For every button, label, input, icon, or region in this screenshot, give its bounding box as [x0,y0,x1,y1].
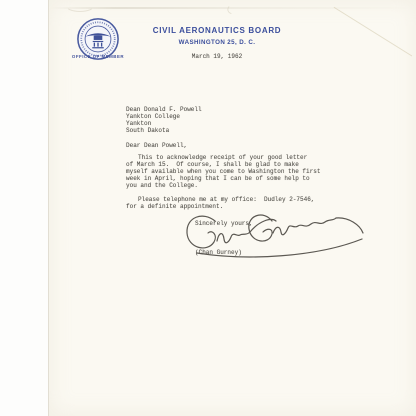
letter-date: March 19, 1962 [147,53,287,60]
body-line: week in April, hoping that I can be of s… [126,175,320,182]
recipient-line: Yankton [126,120,202,127]
letterhead-location: WASHINGTON 25, D. C. [147,39,287,46]
paper-crease [65,0,95,12]
body-line: myself available when you come to Washin… [126,168,320,175]
letter-paper: OFFICE OF MEMBER CIVIL AERONAUTICS BOARD… [48,0,416,416]
body-line: of March 15. Of course, I shall be glad … [126,161,320,168]
body-line: you and the College. [126,182,320,189]
letterhead-agency-name: CIVIL AERONAUTICS BOARD [147,26,287,35]
office-of-member-caption: OFFICE OF MEMBER [63,54,133,59]
salutation: Dear Dean Powell, [126,142,187,149]
recipient-line: South Dakota [126,127,202,134]
body-line: This to acknowledge receipt of your good… [126,154,320,161]
body-paragraph-1: This to acknowledge receipt of your good… [126,154,320,189]
recipient-address-block: Dean Donald F. Powell Yankton College Ya… [126,106,202,134]
typed-signature-name: (Chan Gurney) [195,249,242,256]
body-line: Please telephone me at my office: Dudley… [126,196,314,203]
recipient-line: Yankton College [126,113,202,120]
recipient-line: Dean Donald F. Powell [126,106,202,113]
paper-top-edge [49,7,416,9]
